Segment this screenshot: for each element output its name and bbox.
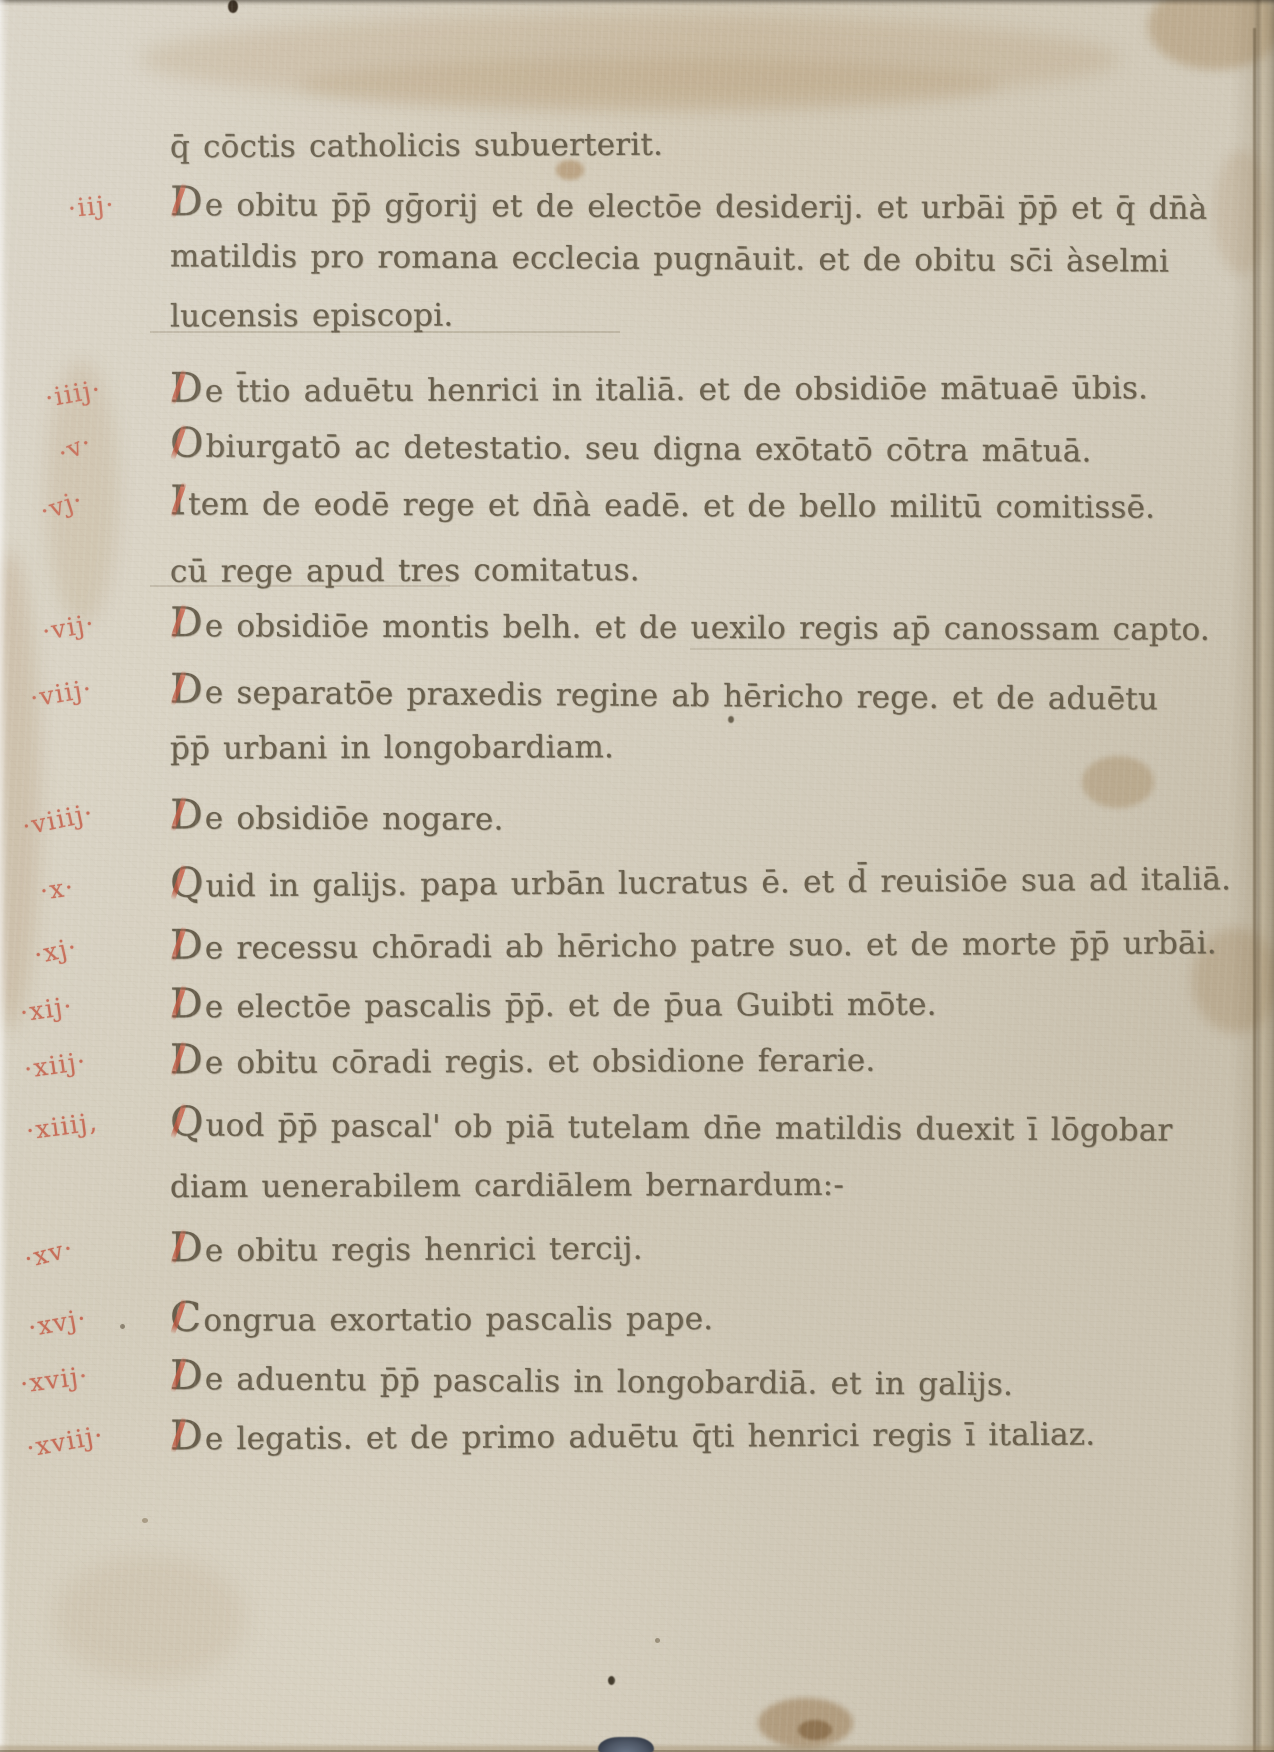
- toc-entry-iij-line3: lucensis episcopi.: [170, 292, 454, 345]
- entry-text: Quid in galijs. papa urbān lucratus ē. e…: [170, 851, 1231, 910]
- toc-entry-x: ·x· Quid in galijs. papa urbān lucratus …: [170, 851, 1231, 910]
- toc-entry-viij-line2: p̄p̄ urbani in longobardiam.: [170, 723, 614, 777]
- toc-entry-iiij: ·iiij· De t̄tio aduētu henrici in italiā…: [170, 360, 1148, 415]
- chapter-numeral: ·xvij·: [17, 1352, 92, 1409]
- toc-entry-vj-line2: cū rege apud tres comitatus.: [170, 546, 640, 600]
- chapter-numeral: ·x·: [37, 863, 78, 916]
- stain-top-band: [140, 14, 1120, 104]
- page-edge-crease: [1253, 28, 1256, 1752]
- toc-entry-xij: ·xij· De electōe pascalis p̄p̄. et de p̄…: [170, 977, 937, 1032]
- entry-text: De obsidiōe montis belh. et de uexilo re…: [170, 598, 1210, 654]
- entry-text: De obitu p̄p̄ gḡorij et de electōe desid…: [170, 177, 1208, 233]
- entry-text: matildis pro romana ecclecia pugnāuit. e…: [170, 232, 1169, 285]
- entry-text: De aduentu p̄p̄ pascalis in longobardiā.…: [170, 1351, 1013, 1409]
- entry-text: Congrua exortatio pascalis pape.: [170, 1291, 713, 1345]
- chapter-numeral: ·xv·: [19, 1224, 79, 1283]
- entry-text: diam uenerabilem cardiālem bernardum:-: [170, 1161, 844, 1211]
- stain-mid-right: [1082, 756, 1154, 808]
- toc-entry-vij: ·vij· De obsidiōe montis belh. et de uex…: [170, 598, 1210, 654]
- entry-text: lucensis episcopi.: [170, 292, 454, 341]
- book-clasp-fragment: [598, 1737, 654, 1752]
- speck-left-1: [120, 1324, 125, 1329]
- chapter-numeral: ·viij·: [26, 665, 96, 723]
- photo-left-edge: [0, 0, 10, 1752]
- entry-text: De separatōe praxedis regine ab hēricho …: [170, 665, 1158, 724]
- entry-text: cū rege apud tres comitatus.: [170, 546, 640, 596]
- chapter-numeral: ·xviij·: [22, 1411, 108, 1472]
- toc-entry-viiij: ·viiij· De obsidiōe nogare.: [170, 790, 504, 843]
- chapter-numeral: ·xiij·: [21, 1037, 90, 1093]
- speck-left-2: [142, 1518, 148, 1523]
- chapter-numeral: ·iij·: [66, 181, 118, 234]
- toc-entry-iij-line2: matildis pro romana ecclecia pugnāuit. e…: [170, 232, 1169, 289]
- entry-text: De recessu chōradi ab hēricho patre suo.…: [170, 915, 1217, 972]
- chapter-numeral: ·xij·: [17, 982, 77, 1037]
- toc-entry-xvij: ·xvij· De aduentu p̄p̄ pascalis in longo…: [170, 1351, 1013, 1409]
- stain-bottom-left-soft: [55, 1555, 245, 1680]
- ink-speck-bottom: [608, 1676, 615, 1685]
- toc-entry-xv: ·xv· De obitu regis henrici tercij.: [170, 1221, 643, 1275]
- entry-text: q̄ cōctis catholicis subuerterit.: [170, 121, 663, 172]
- toc-entry-vj: ·vj· Item de eodē rege et dn̄à eadē. et …: [170, 476, 1155, 531]
- chapter-numeral: ·vj·: [34, 476, 90, 535]
- stain-bottom-right: [758, 1698, 853, 1748]
- entry-text: De obitu cōradi regis. et obsidione fera…: [170, 1033, 876, 1087]
- page-top-edge: [0, 0, 1274, 6]
- manuscript-photo: q̄ cōctis catholicis subuerterit. ·iij· …: [0, 0, 1274, 1752]
- entry-text: De obsidiōe nogare.: [170, 790, 504, 843]
- entry-text: Quod p̄p̄ pascal' ob piā tutelam dn̄e ma…: [170, 1097, 1173, 1154]
- toc-entry-xviij: ·xviij· De legatis. et de primo aduētu q…: [170, 1407, 1096, 1464]
- chapter-numeral: ·xj·: [29, 923, 82, 979]
- chapter-numeral: ·vij·: [38, 600, 99, 656]
- toc-entry-viij: ·viij· De separatōe praxedis regine ab h…: [170, 665, 1158, 724]
- chapter-numeral: ·xvj·: [24, 1294, 91, 1352]
- stain-bottom-right-core: [798, 1720, 832, 1740]
- chapter-numeral: ·xiiij,: [23, 1098, 101, 1155]
- toc-entry-xiij: ·xiij· De obitu cōradi regis. et obsidio…: [170, 1033, 876, 1087]
- entry-text: De legatis. et de primo aduētu q̄ti henr…: [170, 1407, 1096, 1464]
- page-right-edge: [1230, 0, 1274, 1752]
- entry-text: De t̄tio aduētu henrici in italiā. et de…: [170, 360, 1148, 415]
- toc-carryover-line: q̄ cōctis catholicis subuerterit.: [170, 121, 663, 176]
- entry-text: p̄p̄ urbani in longobardiam.: [170, 723, 614, 773]
- stain-top-band-2: [300, 58, 1000, 113]
- entry-text: Item de eodē rege et dn̄à eadē. et de be…: [170, 476, 1155, 531]
- chapter-numeral: ·viiij·: [18, 789, 99, 851]
- toc-entry-v: ·v· Obiurgatō ac detestatio. seu digna e…: [170, 419, 1092, 476]
- speck-mid-low: [655, 1638, 660, 1643]
- chapter-numeral: ·v·: [50, 419, 101, 477]
- entry-text: De electōe pascalis p̄p̄. et de p̄ua Gui…: [170, 977, 937, 1032]
- entry-text: De obitu regis henrici tercij.: [170, 1221, 643, 1275]
- toc-entry-iij: ·iij· De obitu p̄p̄ gḡorij et de electōe…: [170, 177, 1208, 233]
- toc-entry-xiiij-line2: diam uenerabilem cardiālem bernardum:-: [170, 1161, 844, 1215]
- toc-entry-xiiij: ·xiiij, Quod p̄p̄ pascal' ob piā tutelam…: [170, 1097, 1173, 1154]
- toc-entry-xvj: ·xvj· Congrua exortatio pascalis pape.: [170, 1291, 713, 1345]
- parchment-page: q̄ cōctis catholicis subuerterit. ·iij· …: [0, 0, 1274, 1752]
- toc-entry-xj: ·xj· De recessu chōradi ab hēricho patre…: [170, 915, 1217, 972]
- entry-text: Obiurgatō ac detestatio. seu digna exōta…: [170, 419, 1092, 476]
- chapter-numeral: ·iiij·: [41, 365, 105, 422]
